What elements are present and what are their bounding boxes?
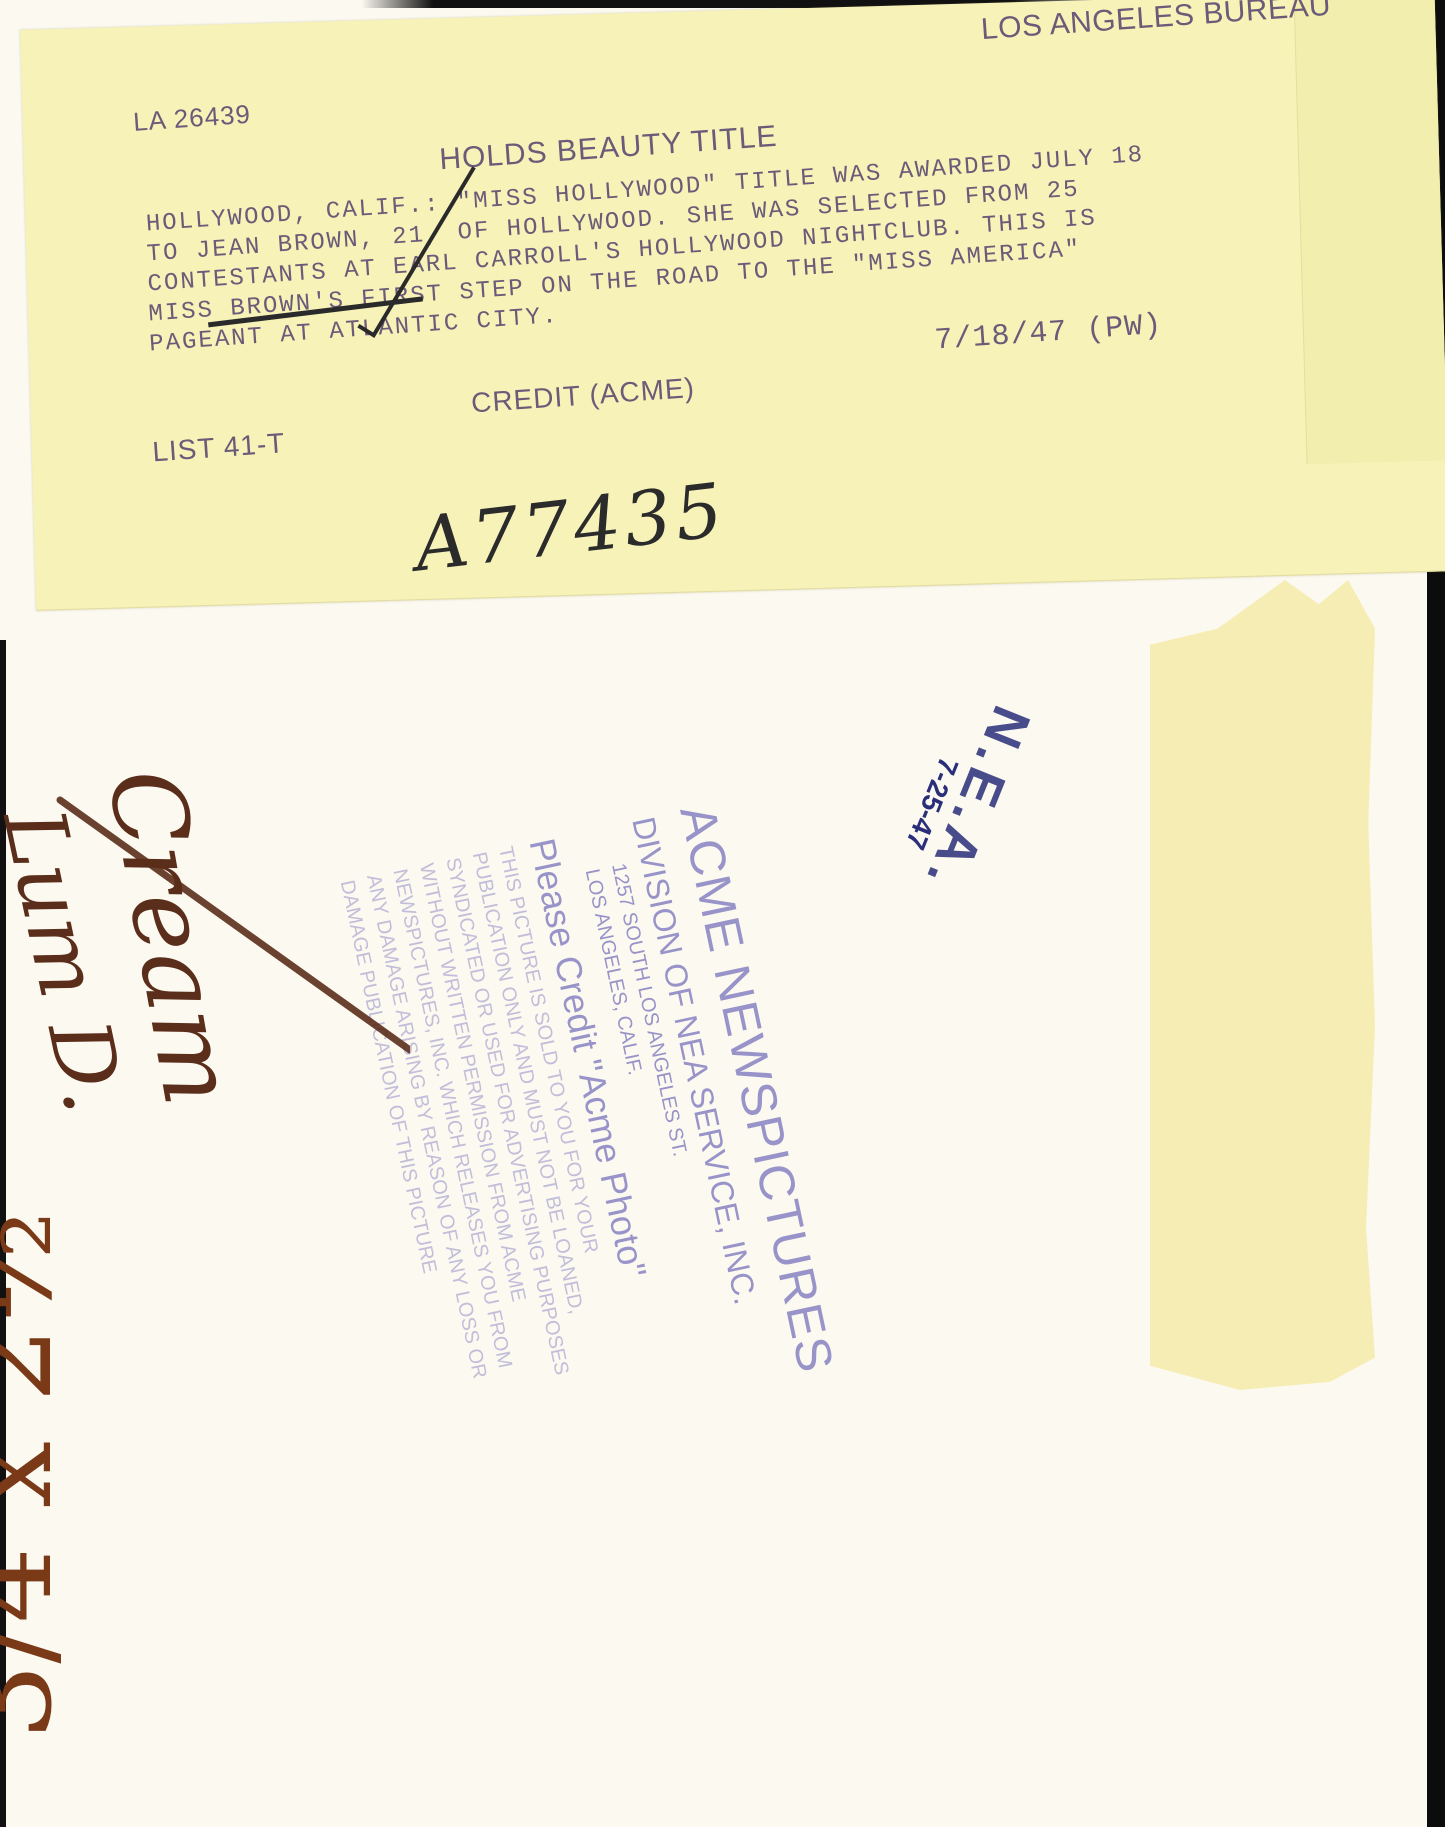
- crayon-fraction: 3/4 x 2½: [0, 1210, 79, 1740]
- acme-stamp: ACME NEWSPICTURES DIVISION OF NEA SERVIC…: [336, 800, 846, 1448]
- list-number: LIST 41-T: [151, 427, 286, 468]
- crayon-strike-line: [30, 780, 410, 1080]
- check-mark-icon: [174, 162, 499, 361]
- dateline: 7/18/47 (PW): [934, 309, 1164, 359]
- nea-stamp: N.E.A. 7-25-47: [888, 632, 1065, 901]
- bureau-stamp: LOS ANGELES BUREAU: [980, 0, 1332, 47]
- photo-number: LA 26439: [132, 99, 252, 138]
- tape-strip: [1150, 580, 1375, 1390]
- caption-slip-flap: [1294, 0, 1445, 464]
- credit-line: CREDIT (ACME): [470, 372, 696, 420]
- caption-slip: LOS ANGELES BUREAU LA 26439 HOLDS BEAUTY…: [20, 0, 1445, 611]
- handwritten-file-number: A77435: [410, 467, 731, 588]
